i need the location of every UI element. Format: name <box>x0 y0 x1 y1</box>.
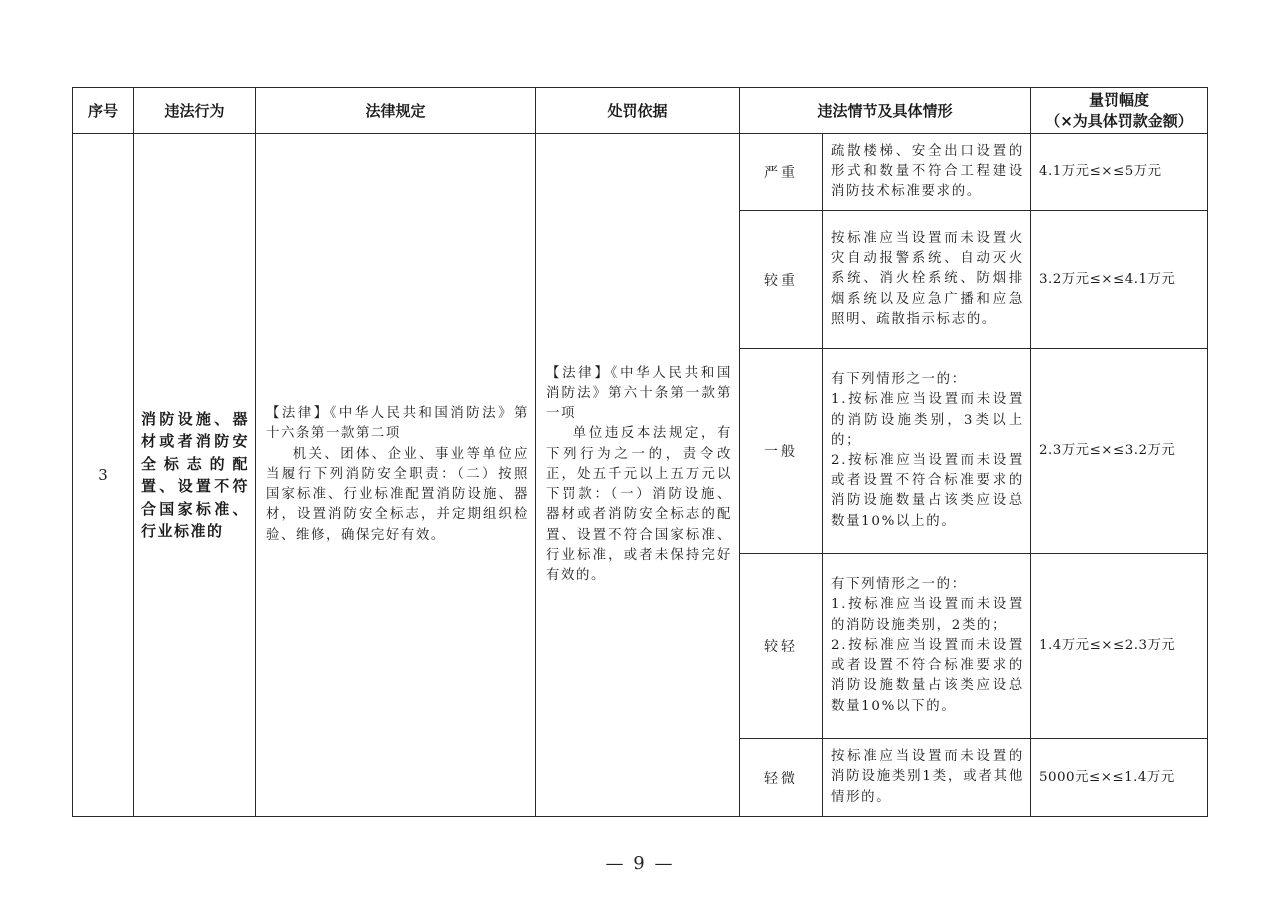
description-line: 有下列情形之一的： <box>831 370 1024 390</box>
range-cell: 4.1万元≤×≤5万元 <box>1031 134 1208 211</box>
header-seq: 序号 <box>73 88 134 134</box>
header-circumstance: 违法情节及具体情形 <box>740 88 1031 134</box>
level-cell: 轻微 <box>740 739 823 817</box>
description-cell: 有下列情形之一的： 1.按标准应当设置而未设置的消防设施类别，3类以上的； 2.… <box>823 349 1031 554</box>
description-cell: 按标准应当设置而未设置的消防设施类别1类，或者其他情形的。 <box>823 739 1031 817</box>
penalty-table: 序号 违法行为 法律规定 处罚依据 违法情节及具体情形 量罚幅度 （×为具体罚款… <box>72 87 1208 817</box>
violation-cell: 消防设施、器材或者消防安全标志的配置、设置不符合国家标准、行业标准的 <box>134 134 256 817</box>
range-cell: 2.3万元≤×≤3.2万元 <box>1031 349 1208 554</box>
header-law: 法律规定 <box>256 88 536 134</box>
law-cell: 【法律】《中华人民共和国消防法》第十六条第一款第二项 机关、团体、企业、事业等单… <box>256 134 536 817</box>
law-citation: 【法律】《中华人民共和国消防法》第十六条第一款第二项 <box>266 404 529 444</box>
description-line: 2.按标准应当设置而未设置或者设置不符合标准要求的消防设施数量占该类应设总数量1… <box>831 451 1024 532</box>
header-range-title: 量罚幅度 <box>1031 90 1207 111</box>
description-line: 疏散楼梯、安全出口设置的形式和数量不符合工程建设消防技术标准要求的。 <box>831 142 1024 203</box>
level-cell: 一般 <box>740 349 823 554</box>
header-range-note: （×为具体罚款金额） <box>1031 111 1207 132</box>
law-text: 机关、团体、企业、事业等单位应当履行下列消防安全职责：（二）按照国家标准、行业标… <box>266 445 529 546</box>
basis-cell: 【法律】《中华人民共和国消防法》第六十条第一款第一项 单位违反本法规定，有下列行… <box>536 134 740 817</box>
range-cell: 1.4万元≤×≤2.3万元 <box>1031 554 1208 739</box>
description-line: 按标准应当设置而未设置火灾自动报警系统、自动灭火系统、消火栓系统、防烟排烟系统以… <box>831 229 1024 330</box>
table-row: 3 消防设施、器材或者消防安全标志的配置、设置不符合国家标准、行业标准的 【法律… <box>73 134 1208 211</box>
header-basis: 处罚依据 <box>536 88 740 134</box>
level-cell: 较重 <box>740 211 823 349</box>
level-cell: 严重 <box>740 134 823 211</box>
basis-text: 单位违反本法规定，有下列行为之一的，责令改正，处五千元以上五万元以下罚款：（一）… <box>546 424 732 586</box>
level-cell: 较轻 <box>740 554 823 739</box>
description-line: 有下列情形之一的： <box>831 575 1024 595</box>
description-line: 2.按标准应当设置而未设置或者设置不符合标准要求的消防设施数量占该类应设总数量1… <box>831 636 1024 717</box>
description-line: 1.按标准应当设置而未设置的消防设施类别，3类以上的； <box>831 390 1024 451</box>
page-number: — 9 — <box>0 853 1280 874</box>
basis-citation: 【法律】《中华人民共和国消防法》第六十条第一款第一项 <box>546 364 732 425</box>
description-line: 1.按标准应当设置而未设置的消防设施类别，2类的； <box>831 595 1024 635</box>
description-cell: 有下列情形之一的： 1.按标准应当设置而未设置的消防设施类别，2类的； 2.按标… <box>823 554 1031 739</box>
range-cell: 3.2万元≤×≤4.1万元 <box>1031 211 1208 349</box>
seq-cell: 3 <box>73 134 134 817</box>
header-row: 序号 违法行为 法律规定 处罚依据 违法情节及具体情形 量罚幅度 （×为具体罚款… <box>73 88 1208 134</box>
header-violation: 违法行为 <box>134 88 256 134</box>
range-cell: 5000元≤×≤1.4万元 <box>1031 739 1208 817</box>
description-line: 按标准应当设置而未设置的消防设施类别1类，或者其他情形的。 <box>831 747 1024 808</box>
header-range: 量罚幅度 （×为具体罚款金额） <box>1031 88 1208 134</box>
description-cell: 疏散楼梯、安全出口设置的形式和数量不符合工程建设消防技术标准要求的。 <box>823 134 1031 211</box>
description-cell: 按标准应当设置而未设置火灾自动报警系统、自动灭火系统、消火栓系统、防烟排烟系统以… <box>823 211 1031 349</box>
